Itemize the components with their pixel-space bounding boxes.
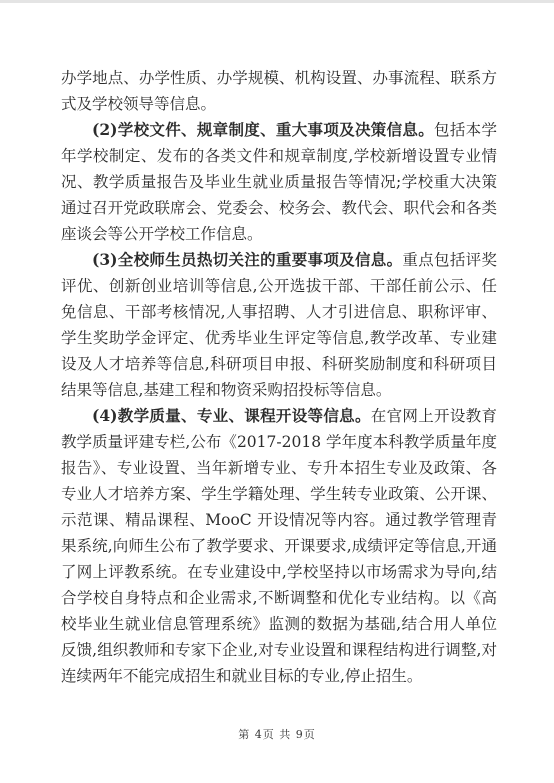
paragraph-text: 包括本学年学校制定、发布的各类文件和规章制度,学校新增设置专业情况、教学质量报告… [61,121,497,243]
paragraph-heading: (4)教学质量、专业、课程开设等信息。 [92,406,371,425]
paragraph-text: 办学地点、办学性质、办学规模、机构设置、办事流程、联系方式及学校领导等信息。 [61,69,497,113]
page-top-edge [0,0,554,3]
paragraph-text: 重点包括评奖评优、创新创业培训等信息,公开选拔干部、干部任前公示、任免信息、干部… [61,251,497,399]
paragraph: 办学地点、办学性质、办学规模、机构设置、办事流程、联系方式及学校领导等信息。 [61,65,497,117]
paragraph: (3)全校师生员热切关注的重要事项及信息。重点包括评奖评优、创新创业培训等信息,… [61,247,497,403]
paragraph-text: 在官网上开设教育教学质量评建专栏,公布《2017-2018 学年度本科教学质量年… [61,407,497,685]
document-body: 办学地点、办学性质、办学规模、机构设置、办事流程、联系方式及学校领导等信息。(2… [61,65,497,689]
document-page: 办学地点、办学性质、办学规模、机构设置、办事流程、联系方式及学校领导等信息。(2… [0,0,554,783]
paragraph-heading: (3)全校师生员热切关注的重要事项及信息。 [92,250,402,269]
paragraph: (2)学校文件、规章制度、重大事项及决策信息。包括本学年学校制定、发布的各类文件… [61,117,497,247]
paragraph-heading: (2)学校文件、规章制度、重大事项及决策信息。 [92,120,434,139]
page-footer: 第 4页 共 9页 [0,726,554,742]
paragraph: (4)教学质量、专业、课程开设等信息。在官网上开设教育教学质量评建专栏,公布《2… [61,403,497,689]
